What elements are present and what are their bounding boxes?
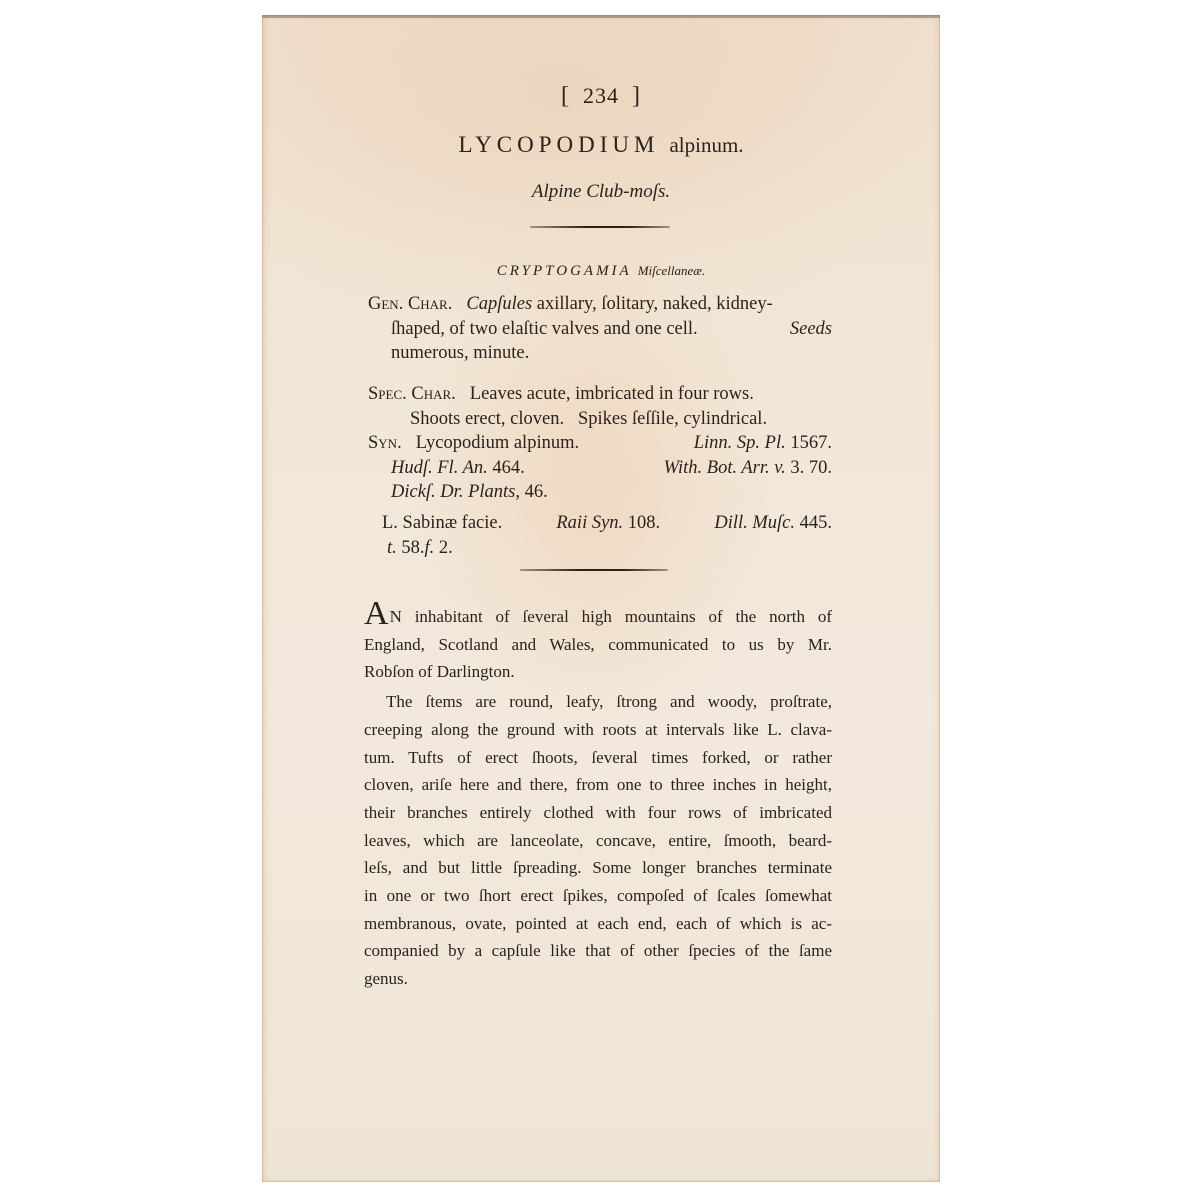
paragraph-2-line: membranous, ovate, pointed at each end, … bbox=[364, 910, 832, 938]
paragraph-2-line: creeping along the ground with roots at … bbox=[364, 716, 832, 744]
title-genus: LYCOPODIUM bbox=[458, 132, 659, 157]
synonyms-alternate: L. Sabinæ facie. Raii Syn. 108. Dill. Mu… bbox=[382, 511, 832, 560]
syn-ref-dillenius: Dill. Muſc. bbox=[714, 513, 795, 533]
classification-class: CRYPTOGAMIA bbox=[497, 263, 632, 279]
drop-cap: A bbox=[364, 595, 389, 632]
paragraph-1-line-2: England, Scotland and Wales, communicate… bbox=[364, 631, 832, 659]
divider-rule-top bbox=[530, 226, 670, 228]
generic-character: Gen. Char.Capſules axillary, ſolitary, n… bbox=[368, 292, 832, 366]
paragraph-2-line: cloven, ariſe here and there, from one t… bbox=[364, 771, 832, 799]
paragraph-2: The ſtems are round, leafy, ſtrong and w… bbox=[364, 688, 832, 993]
paragraph-2-line: in one or two ſhort erect ſpikes, compoſ… bbox=[364, 882, 832, 910]
spec-char-line-2: Shoots erect, cloven. Spikes ſeſſile, cy… bbox=[410, 409, 767, 429]
gen-char-label: Gen. Char. bbox=[368, 294, 452, 314]
syn-ref-hudson-num: 464. bbox=[492, 458, 524, 478]
syn-ref-table: t. bbox=[387, 538, 397, 558]
paragraph-2-line: their branches entirely clothed with fou… bbox=[364, 799, 832, 827]
syn-alt-text: L. Sabinæ facie. bbox=[382, 511, 502, 536]
syn-line-1-text: Lycopodium alpinum. bbox=[416, 433, 579, 453]
page-number-value: 234 bbox=[583, 83, 619, 108]
syn-ref-ray-num: 108. bbox=[628, 513, 660, 533]
bracket-right: ] bbox=[632, 83, 641, 109]
syn-label: Syn. bbox=[368, 433, 402, 453]
specific-character: Spec. Char.Leaves acute, imbricated in f… bbox=[368, 382, 832, 431]
spec-char-label: Spec. Char. bbox=[368, 384, 456, 404]
syn-ref-dickson: Dickſ. Dr. Plants, bbox=[391, 482, 520, 502]
paragraph-1-line-3: Robſon of Darlington. bbox=[364, 658, 832, 686]
syn-ref-table-num: 58. bbox=[401, 538, 424, 558]
classification-line: CRYPTOGAMIAMiſcellaneæ. bbox=[262, 263, 940, 280]
gen-char-line-1: axillary, ſolitary, naked, kidney- bbox=[532, 294, 773, 314]
classification-order: Miſcellaneæ. bbox=[638, 263, 706, 278]
paragraph-2-line: genus. bbox=[364, 965, 832, 993]
divider-rule-middle bbox=[520, 569, 668, 571]
paragraph-1: AN inhabitant of ſeveral high mountains … bbox=[364, 603, 832, 686]
syn-ref-figure-num: 2. bbox=[439, 538, 453, 558]
body-text: AN inhabitant of ſeveral high mountains … bbox=[364, 603, 832, 993]
syn-ref-withering-num: 3. 70. bbox=[790, 458, 832, 478]
paragraph-1-line-1: AN inhabitant of ſeveral high mountains … bbox=[364, 603, 832, 631]
syn-ref-hudson: Hudſ. Fl. An. bbox=[391, 458, 488, 478]
syn-ref-dickson-num: 46. bbox=[525, 482, 548, 502]
paragraph-2-line: leaves, which are lanceolate, concave, e… bbox=[364, 827, 832, 855]
syn-ref-ray: Raii Syn. bbox=[556, 513, 623, 533]
gen-char-seeds: Seeds bbox=[790, 317, 832, 342]
syn-ref-withering: With. Bot. Arr. v. bbox=[664, 458, 786, 478]
title-species: alpinum. bbox=[669, 133, 743, 157]
gen-char-italic: Capſules bbox=[466, 294, 532, 314]
page-number: [ 234 ] bbox=[262, 83, 940, 110]
paragraph-2-line: The ſtems are round, leafy, ſtrong and w… bbox=[364, 688, 832, 716]
spec-char-line-1: Leaves acute, imbricated in four rows. bbox=[470, 384, 754, 404]
gen-char-line-3: numerous, minute. bbox=[391, 343, 529, 363]
gen-char-line-2: ſhaped, of two elaſtic valves and one ce… bbox=[391, 317, 698, 342]
bracket-left: [ bbox=[561, 83, 570, 109]
paragraph-2-line: tum. Tufts of erect ſhoots, ſeveral time… bbox=[364, 744, 832, 772]
synonyms: Syn.Lycopodium alpinum. Linn. Sp. Pl. 15… bbox=[368, 431, 832, 505]
paragraph-2-line: companied by a capſule like that of othe… bbox=[364, 937, 832, 965]
page-title: LYCOPODIUMalpinum. bbox=[262, 132, 940, 158]
syn-ref-dillenius-num: 445. bbox=[800, 513, 832, 533]
book-page: [ 234 ] LYCOPODIUMalpinum. Alpine Club-m… bbox=[262, 15, 940, 1182]
paragraph-2-line: leſs, and but little ſpreading. Some lon… bbox=[364, 854, 832, 882]
syn-ref-linnaeus-num: 1567. bbox=[790, 433, 832, 453]
text-line: N inhabitant of ſeveral high mountains o… bbox=[390, 607, 832, 626]
syn-ref-figure: f. bbox=[425, 538, 435, 558]
common-name: Alpine Club-moſs. bbox=[262, 181, 940, 203]
syn-ref-linnaeus: Linn. Sp. Pl. bbox=[694, 433, 786, 453]
